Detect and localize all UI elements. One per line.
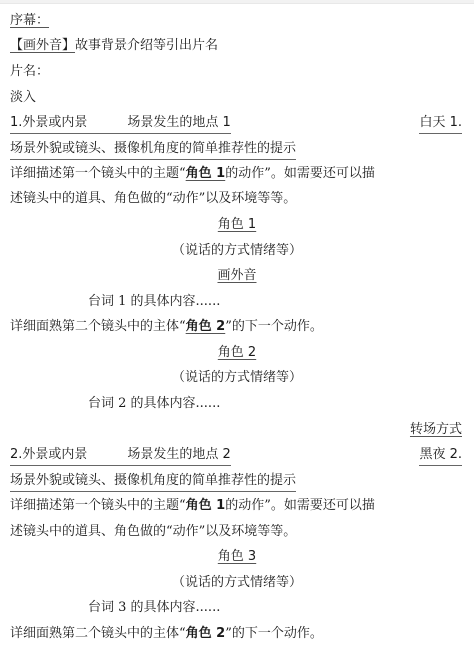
ext-int: 外景或内景 <box>22 447 87 462</box>
action-text: 详细面熟第二个镜头中的主体“ <box>10 319 186 334</box>
scene-1-camera-hint: 场景外貌或镜头、摄像机角度的简单推荐性的提示 <box>10 140 296 160</box>
scene-2-camera-hint: 场景外貌或镜头、摄像机角度的简单推荐性的提示 <box>10 472 296 492</box>
role-ref: 角色 2 <box>186 626 226 641</box>
role-ref: 角色 1 <box>186 498 226 513</box>
scene-1-action-3: 详细面熟第二个镜头中的主体“角色 2”的下一个动作。 <box>10 318 323 336</box>
action-text: 的动作”。如需要还可以描 <box>225 498 375 513</box>
scene-1-character-2: 角色 2 <box>0 344 474 362</box>
action-text: 详细面熟第二个镜头中的主体“ <box>10 626 186 641</box>
scene-1-time: 白天 1. <box>419 114 462 134</box>
top-edge <box>0 0 474 4</box>
scene-number: 1. <box>10 115 22 130</box>
action-text: 的动作”。如需要还可以描 <box>225 166 375 181</box>
scene-2-dialogue-1: 台词 3 的具体内容...... <box>88 599 220 617</box>
scene-1-heading: 1.外景或内景场景发生的地点 1 <box>10 114 231 134</box>
voiceover-text: 故事背景介绍等引出片名 <box>75 38 218 53</box>
action-text: 详细描述第一个镜头中的主题“ <box>10 498 186 513</box>
scene-2-character-1: 角色 3 <box>0 548 474 566</box>
voiceover-line: 【画外音】故事背景介绍等引出片名 <box>10 37 218 55</box>
scene-1-parenthetical-1: （说话的方式情绪等） <box>0 242 474 260</box>
action-text: ”的下一个动作。 <box>225 626 323 641</box>
scene-1-voiceover: 画外音 <box>0 267 474 285</box>
prologue-heading: 序幕： <box>10 12 49 30</box>
transition: 转场方式 <box>410 421 462 439</box>
scene-2-time: 黑夜 2. <box>419 446 462 466</box>
scene-2-parenthetical-1: （说话的方式情绪等） <box>0 574 474 592</box>
scene-1-dialogue-2: 台词 2 的具体内容...... <box>88 395 220 413</box>
scene-1-parenthetical-2: （说话的方式情绪等） <box>0 369 474 387</box>
scene-2-heading: 2.外景或内景场景发生的地点 2 <box>10 446 231 466</box>
scene-2-action-2: 述镜头中的道具、角色做的“动作”以及环境等等。 <box>10 523 296 541</box>
location: 场景发生的地点 2 <box>127 447 230 462</box>
location: 场景发生的地点 1 <box>127 115 230 130</box>
ext-int: 外景或内景 <box>22 115 87 130</box>
scene-1-action-1: 详细描述第一个镜头中的主题“角色 1的动作”。如需要还可以描 <box>10 165 375 183</box>
role-ref: 角色 2 <box>186 319 226 334</box>
fade-in: 淡入 <box>10 89 36 107</box>
role-ref: 角色 1 <box>186 166 226 181</box>
scene-number: 2. <box>10 447 22 462</box>
scene-2-action-3: 详细面熟第二个镜头中的主体“角色 2”的下一个动作。 <box>10 625 323 643</box>
scene-2-action-1: 详细描述第一个镜头中的主题“角色 1的动作”。如需要还可以描 <box>10 497 375 515</box>
action-text: ”的下一个动作。 <box>225 319 323 334</box>
voiceover-tag: 【画外音】 <box>10 38 75 53</box>
title-label: 片名： <box>10 63 49 81</box>
action-text: 详细描述第一个镜头中的主题“ <box>10 166 186 181</box>
scene-1-character-1: 角色 1 <box>0 216 474 234</box>
scene-1-dialogue-1: 台词 1 的具体内容...... <box>88 293 220 311</box>
scene-1-action-2: 述镜头中的道具、角色做的“动作”以及环境等等。 <box>10 190 296 208</box>
